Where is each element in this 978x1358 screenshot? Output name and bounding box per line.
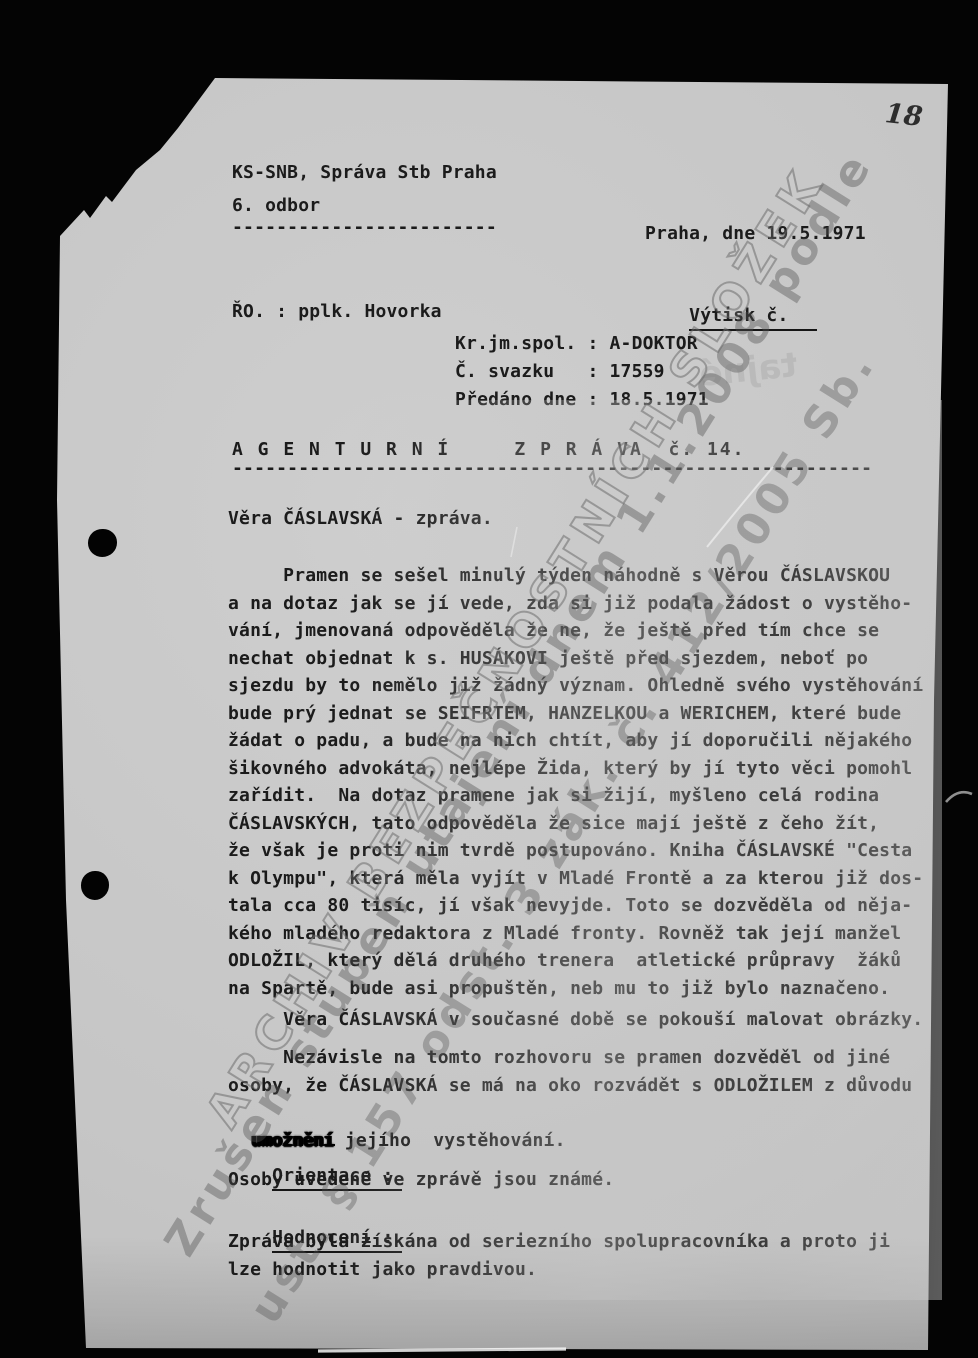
handwritten-page-number: 18 <box>883 98 924 133</box>
section-hodnoceni-body: Zpráva byla získána od seriezního spolup… <box>228 1228 890 1283</box>
subject-line: Věra ČÁSLAVSKÁ - zpráva. <box>228 505 493 533</box>
paragraph-1: Pramen se sešel minulý týden náhodně s V… <box>228 562 923 1002</box>
text-line: tala cca 80 tisíc, jí však nevyjde. Toto… <box>228 892 923 920</box>
punch-hole-top <box>88 529 117 557</box>
paragraph-2: Věra ČÁSLAVSKÁ v současné době se pokouš… <box>228 1006 923 1034</box>
paragraph-3: Nezávisle na tomto rozhovoru se pramen d… <box>228 1044 912 1099</box>
org-name-line: KS-SNB, Správa Stb Praha <box>232 156 497 189</box>
punch-hole-bottom <box>81 871 109 900</box>
text-line: na Spartě, bude asi propuštěn, neb mu to… <box>228 975 923 1003</box>
text-line: lze hodnotit jako pravdivou. <box>228 1256 890 1284</box>
copy-number-label: Výtisk č. <box>689 302 816 332</box>
text-line: ODLOŽIL, který dělá druhého trenera atle… <box>228 947 923 975</box>
text-line: a na dotaz jak se jí vede, zda si již po… <box>228 590 923 618</box>
text-line: ČÁSLAVSKÝCH, tato odpověděla že sice maj… <box>228 810 923 838</box>
text-line: Pramen se sešel minulý týden náhodně s V… <box>228 562 923 590</box>
text-line: šikovného advokáta, nejlépe Žida, který … <box>228 755 923 783</box>
text-line: Nezávisle na tomto rozhovoru se pramen d… <box>228 1044 912 1072</box>
text-line: osoby, že ČÁSLAVSKÁ se má na oko rozvádě… <box>228 1072 912 1100</box>
text-line: Zpráva byla získána od seriezního spolup… <box>228 1228 890 1256</box>
text-line: zařídit. Na dotaz pramene jak si žijí, m… <box>228 782 923 810</box>
header-divider-dashes: ------------------------ <box>232 214 497 242</box>
text-line: nechat objednat k s. HUSÁKOVI ještě před… <box>228 645 923 673</box>
text-line: Osoby uvedené ve zprávě jsou známé. <box>228 1166 614 1194</box>
margin-pen-mark <box>946 792 972 802</box>
text-line: žádat o padu, a bude na nich chtít, aby … <box>228 727 923 755</box>
bottom-edge-streak <box>318 1349 566 1351</box>
text-line: vání, jmenovaná odpověděla že ne, že ješ… <box>228 617 923 645</box>
text-line: bude prý jednat se SEIFRTEM, HANZELKOU a… <box>228 700 923 728</box>
text-line: sjezdu by to nemělo již žádný význam. Oh… <box>228 672 923 700</box>
report-title-underline: ----------------------------------------… <box>232 455 872 483</box>
file-meta-block: Kr.jm.spol. : A-DOKTORČ. svazku : 17559P… <box>455 330 709 414</box>
scanned-document-page: KS-SNB, Správa Stb Praha 6. odbor ------… <box>0 0 978 1358</box>
recipient-line: ŘO. : pplk. Hovorka <box>232 298 442 326</box>
text-line: k Olympu", která měla vyjít v Mladé Fron… <box>228 865 923 893</box>
text-line: kého mladého redaktora z Mladé fronty. R… <box>228 920 923 948</box>
text-line: Předáno dne : 18.5.1971 <box>455 386 709 414</box>
text-line: Č. svazku : 17559 <box>455 358 709 386</box>
text-line: Kr.jm.spol. : A-DOKTOR <box>455 330 709 358</box>
text-line: Věra ČÁSLAVSKÁ v současné době se pokouš… <box>228 1006 923 1034</box>
text-line: že však je proti nim tvrdě postupováno. … <box>228 837 923 865</box>
section-orientace-body: Osoby uvedené ve zprávě jsou známé. <box>228 1166 614 1194</box>
place-date-line: Praha, dne 19.5.1971 <box>645 220 866 248</box>
